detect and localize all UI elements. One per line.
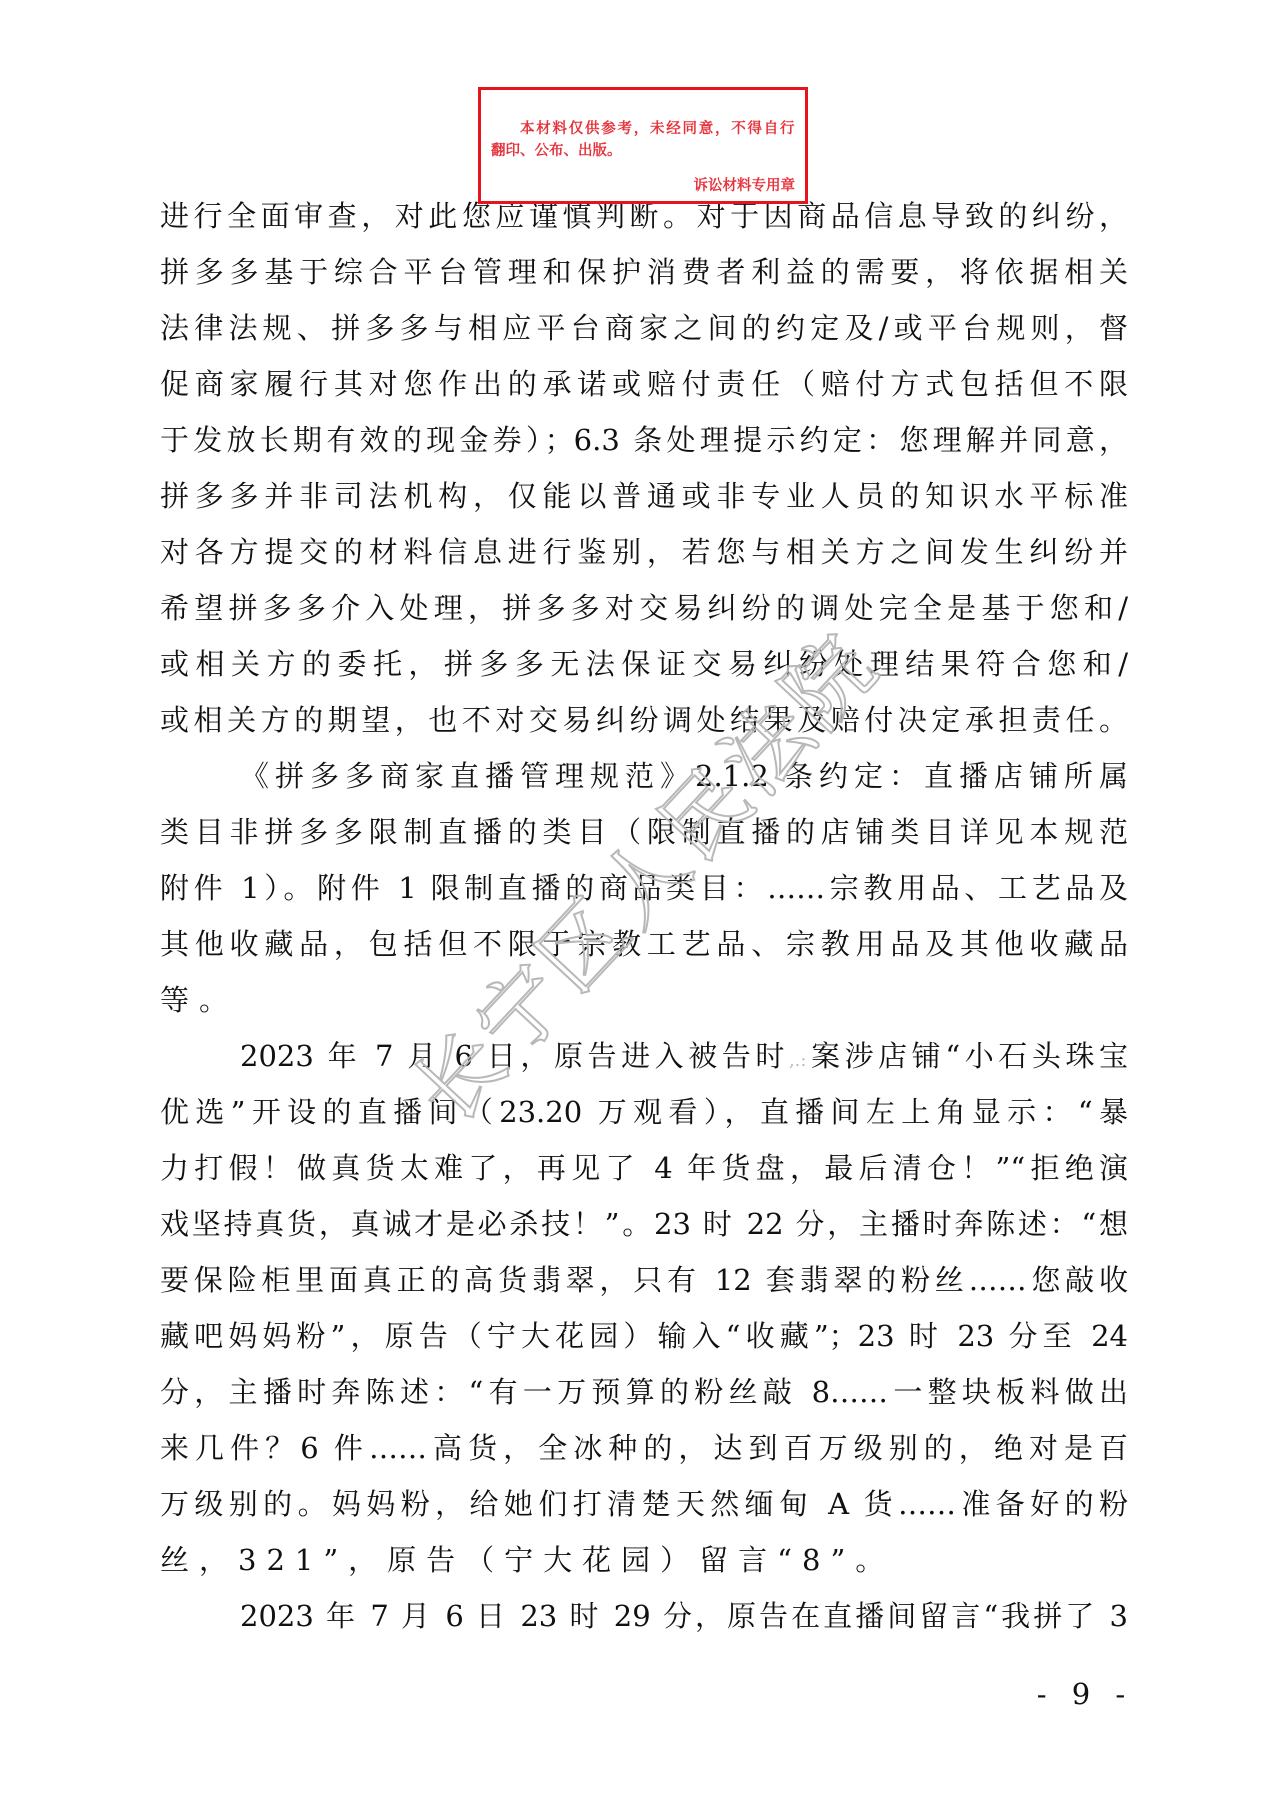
document-body: 进行全面审查，对此您应谨慎判断。对于因商品信息导致的纠纷， 拼多多基于综合平台管… bbox=[160, 188, 1128, 1644]
text-line: 分，主播时奔陈述：“有一万预算的粉丝敲 8……一整块板料做出 bbox=[160, 1364, 1128, 1420]
text-line: 拼多多并非司法机构，仅能以普通或非专业人员的知识水平标准 bbox=[160, 468, 1128, 524]
text-line: 来几件？6 件……高货，全冰种的，达到百万级别的，绝对是百 bbox=[160, 1420, 1128, 1476]
text-line: 法律法规、拼多多与相应平台商家之间的约定及/或平台规则，督 bbox=[160, 300, 1128, 356]
redaction-mark: ,.: bbox=[789, 1050, 807, 1071]
text-line: 或相关方的期望，也不对交易纠纷调处结果及赔付决定承担责任。 bbox=[160, 692, 1128, 748]
text-segment: 2023 年 7 月 6 日，原告进入被告时 bbox=[240, 1039, 789, 1073]
text-line: 于发放长期有效的现金券）；6.3 条处理提示约定：您理解并同意， bbox=[160, 412, 1128, 468]
litigation-material-stamp: 本材料仅供参考，未经同意，不得自行 翻印、公布、出版。 诉讼材料专用章 bbox=[478, 87, 808, 204]
stamp-notice-line-2: 翻印、公布、出版。 bbox=[491, 140, 622, 162]
text-line: 2023 年 7 月 6 日，原告进入被告时,.:案涉店铺“小石头珠宝 bbox=[160, 1028, 1128, 1084]
text-line: 优选”开设的直播间（23.20 万观看），直播间左上角显示：“暴 bbox=[160, 1084, 1128, 1140]
text-line: 要保险柜里面真正的高货翡翠，只有 12 套翡翠的粉丝……您敲收 bbox=[160, 1252, 1128, 1308]
text-line: 2023 年 7 月 6 日 23 时 29 分，原告在直播间留言“我拼了 3 bbox=[160, 1588, 1128, 1644]
text-line: 拼多多基于综合平台管理和保护消费者利益的需要，将依据相关 bbox=[160, 244, 1128, 300]
text-line: 其他收藏品，包括但不限于宗教工艺品、宗教用品及其他收藏品 bbox=[160, 916, 1128, 972]
text-line: 附件 1）。附件 1 限制直播的商品类目：……宗教用品、工艺品及 bbox=[160, 860, 1128, 916]
text-line: 万级别的。妈妈粉，给她们打清楚天然缅甸 A 货……准备好的粉 bbox=[160, 1476, 1128, 1532]
stamp-title: 诉讼材料专用章 bbox=[694, 175, 796, 197]
text-line: 《拼多多商家直播管理规范》2.1.2 条约定：直播店铺所属 bbox=[160, 748, 1128, 804]
text-line: 或相关方的委托，拼多多无法保证交易纠纷处理结果符合您和/ bbox=[160, 636, 1128, 692]
text-line: 类目非拼多多限制直播的类目（限制直播的店铺类目详见本规范 bbox=[160, 804, 1128, 860]
text-segment: 案涉店铺“小石头珠宝 bbox=[806, 1039, 1128, 1073]
text-line: 藏吧妈妈粉”，原告（宁大花园）输入“收藏”；23 时 23 分至 24 bbox=[160, 1308, 1128, 1364]
document-page: 本材料仅供参考，未经同意，不得自行 翻印、公布、出版。 诉讼材料专用章 进行全面… bbox=[0, 0, 1280, 1811]
text-line: 力打假！做真货太难了，再见了 4 年货盘，最后清仓！”“拒绝演 bbox=[160, 1140, 1128, 1196]
text-line: 促商家履行其对您作出的承诺或赔付责任（赔付方式包括但不限 bbox=[160, 356, 1128, 412]
page-number: - 9 - bbox=[1030, 1674, 1140, 1714]
stamp-notice-line-1: 本材料仅供参考，未经同意，不得自行 bbox=[491, 118, 795, 140]
text-line: 丝，321”，原告（宁大花园）留言“8”。 bbox=[160, 1532, 1128, 1588]
text-line: 等。 bbox=[160, 972, 1128, 1028]
text-line: 戏坚持真货，真诚才是必杀技！”。23 时 22 分，主播时奔陈述：“想 bbox=[160, 1196, 1128, 1252]
text-line: 对各方提交的材料信息进行鉴别，若您与相关方之间发生纠纷并 bbox=[160, 524, 1128, 580]
text-line: 希望拼多多介入处理，拼多多对交易纠纷的调处完全是基于您和/ bbox=[160, 580, 1128, 636]
